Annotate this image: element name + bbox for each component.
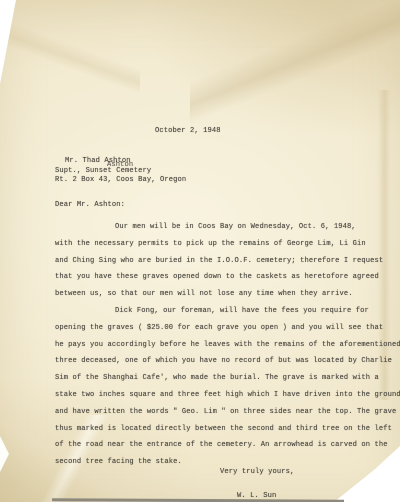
body-line: of the road near the entrance of the cem…	[55, 437, 400, 454]
salutation-line: Dear Mr. Ashton:	[55, 201, 125, 209]
paper-sheet: October 2, 1948 Mr. Thad Ashton Ashton S…	[0, 0, 400, 502]
paper-crease-top-right	[190, 0, 400, 130]
body-line: and have written the words " Geo. Lim " …	[55, 404, 400, 421]
closing-line: Very truly yours,	[220, 468, 294, 476]
body-line: that you have these graves opened down t…	[55, 269, 400, 286]
body-line: three deceased, one of which you have no…	[55, 353, 400, 370]
recipient-address-block: Mr. Thad Ashton Ashton Supt., Sunset Cem…	[55, 157, 186, 186]
body-line: Sim of the Shanghai Cafe', who made the …	[55, 370, 400, 387]
body-line: with the necessary permits to pick up th…	[55, 236, 400, 253]
recipient-name-line: Mr. Thad Ashton Ashton	[55, 157, 186, 167]
paper-crease-top-left	[0, 10, 140, 100]
letter-scan: October 2, 1948 Mr. Thad Ashton Ashton S…	[0, 0, 400, 502]
body-line: he pays you accordingly before he leaves…	[55, 337, 400, 354]
letter-body: Our men will be in Coos Bay on Wednesday…	[55, 219, 400, 471]
body-line: Our men will be in Coos Bay on Wednesday…	[55, 219, 400, 236]
date-line: October 2, 1948	[155, 127, 221, 135]
body-line: stake two inches square and three feet h…	[55, 387, 400, 404]
body-line: between us, so that our men will not los…	[55, 286, 400, 303]
recipient-street-line: Rt. 2 Box 43, Coos Bay, Oregon	[55, 176, 186, 186]
body-line: thus marked is located directly between …	[55, 421, 400, 438]
recipient-name-overstrike-ghost: Ashton	[107, 161, 133, 171]
scan-bottom-edge	[52, 498, 344, 502]
body-line: Dick Fong, our foreman, will have the fe…	[55, 303, 400, 320]
body-line: and Ching Sing who are buried in the I.O…	[55, 253, 400, 270]
body-line: opening the graves ( $25.00 for each gra…	[55, 320, 400, 337]
